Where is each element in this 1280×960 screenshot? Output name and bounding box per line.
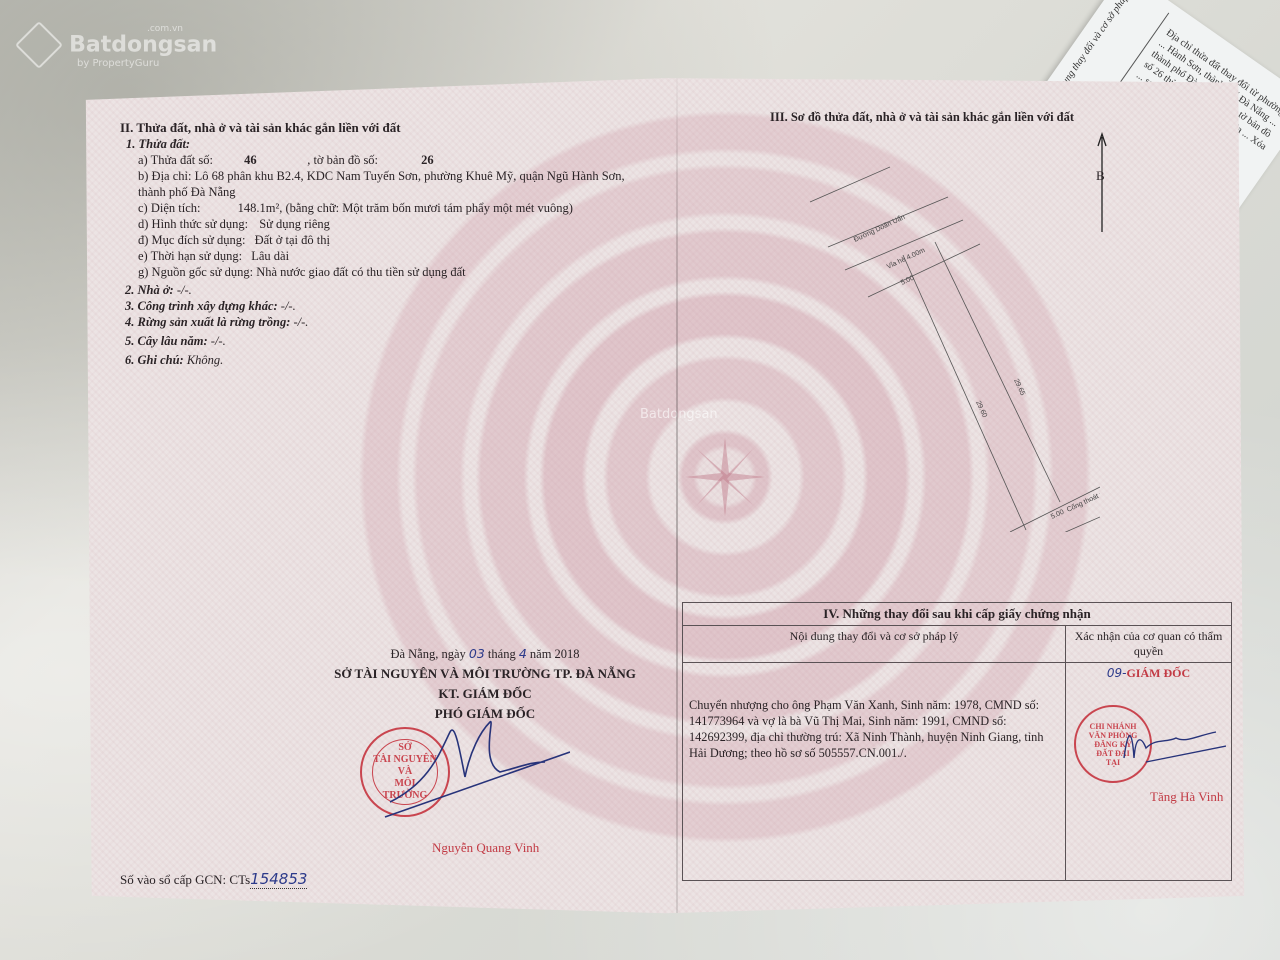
- section-3-title: III. Sơ đồ thửa đất, nhà ở và tài sản kh…: [770, 110, 1074, 125]
- batdongsan-logo-icon: [15, 21, 63, 69]
- svg-text:5.00: 5.00: [900, 275, 915, 287]
- svg-text:Vỉa hè 4.00m: Vỉa hè 4.00m: [885, 246, 926, 271]
- parcel-row-use-form: d) Hình thức sử dụng: Sử dụng riêng: [138, 216, 640, 232]
- parcel-heading: 1. Thửa đất:: [126, 136, 640, 152]
- watermark-tld: .com.vn: [147, 24, 183, 34]
- watermark-sub: by PropertyGuru: [77, 58, 159, 69]
- parcel-row-number: a) Thửa đất số: 46 , tờ bản đồ số: 26: [138, 152, 640, 168]
- section-4-title: IV. Những thay đổi sau khi cấp giấy chứn…: [683, 603, 1232, 626]
- signature-scribble: [370, 692, 570, 842]
- land-certificate: Batdongsan II. Thửa đất, nhà ở và tài sả…: [80, 52, 1250, 922]
- svg-text:Cống thoát nước: Cống thoát nước: [1065, 483, 1100, 514]
- parcel-row-area: c) Diện tích: 148.1m², (bằng chữ: Một tr…: [138, 200, 640, 216]
- item-perennial-trees: 5. Cây lâu năm: -/-.: [125, 333, 640, 349]
- issue-date: Đà Nẵng, ngày 03 tháng 4 năm 2018: [305, 644, 665, 664]
- changes-table: IV. Những thay đổi sau khi cấp giấy chứn…: [682, 602, 1232, 881]
- col-header-confirm: Xác nhận của cơ quan có thẩm quyền: [1066, 626, 1232, 663]
- signer-name: Nguyễn Quang Vinh: [432, 840, 539, 856]
- item-other-construction: 3. Công trình xây dựng khác: -/-.: [125, 298, 640, 314]
- parcel-row-origin: g) Nguồn gốc sử dụng: Nhà nước giao đất …: [138, 264, 640, 280]
- change-confirmation: 09-GIÁM ĐỐC CHI NHÁNH VĂN PHÒNG ĐĂNG KÝ …: [1066, 663, 1232, 881]
- change-content: Chuyển nhượng cho ông Phạm Văn Xanh, Sin…: [683, 663, 1066, 881]
- parcel-row-term: e) Thời hạn sử dụng: Lâu dài: [138, 248, 640, 264]
- item-forest: 4. Rừng sản xuất là rừng trồng: -/-.: [125, 314, 640, 330]
- land-plot-diagram: Đường Doãn Uẩn Vỉa hè 4.00m 5.00 29.60 2…: [680, 132, 1100, 532]
- item-notes: 6. Ghi chú: Không.: [125, 352, 640, 368]
- svg-text:Đường Doãn Uẩn: Đường Doãn Uẩn: [852, 213, 906, 244]
- svg-text:29.60: 29.60: [974, 400, 988, 419]
- batdongsan-watermark: Batdongsan .com.vn by PropertyGuru: [22, 28, 217, 62]
- col-header-content: Nội dung thay đổi và cơ sở pháp lý: [683, 626, 1066, 663]
- confirm-signer-name: Tăng Hà Vinh: [1150, 789, 1223, 805]
- svg-text:29.65: 29.65: [1012, 378, 1026, 397]
- gcn-register-number: Số vào sổ cấp GCN: CTs154853: [120, 870, 307, 888]
- page-fold: [676, 52, 678, 922]
- parcel-row-address: b) Địa chỉ: Lô 68 phân khu B2.4, KDC Nam…: [138, 168, 640, 200]
- section-2-title: II. Thửa đất, nhà ở và tài sản khác gắn …: [120, 120, 640, 136]
- parcel-row-purpose: đ) Mục đích sử dụng: Đất ở tại đô thị: [138, 232, 640, 248]
- issuing-agency: SỞ TÀI NGUYÊN VÀ MÔI TRƯỜNG TP. ĐÀ NẴNG: [305, 664, 665, 684]
- item-house: 2. Nhà ở: -/-.: [125, 282, 640, 298]
- confirm-signature-scribble: [1116, 718, 1226, 768]
- watermark-brand: Batdongsan: [69, 33, 217, 58]
- section-2: II. Thửa đất, nhà ở và tài sản khác gắn …: [120, 120, 640, 368]
